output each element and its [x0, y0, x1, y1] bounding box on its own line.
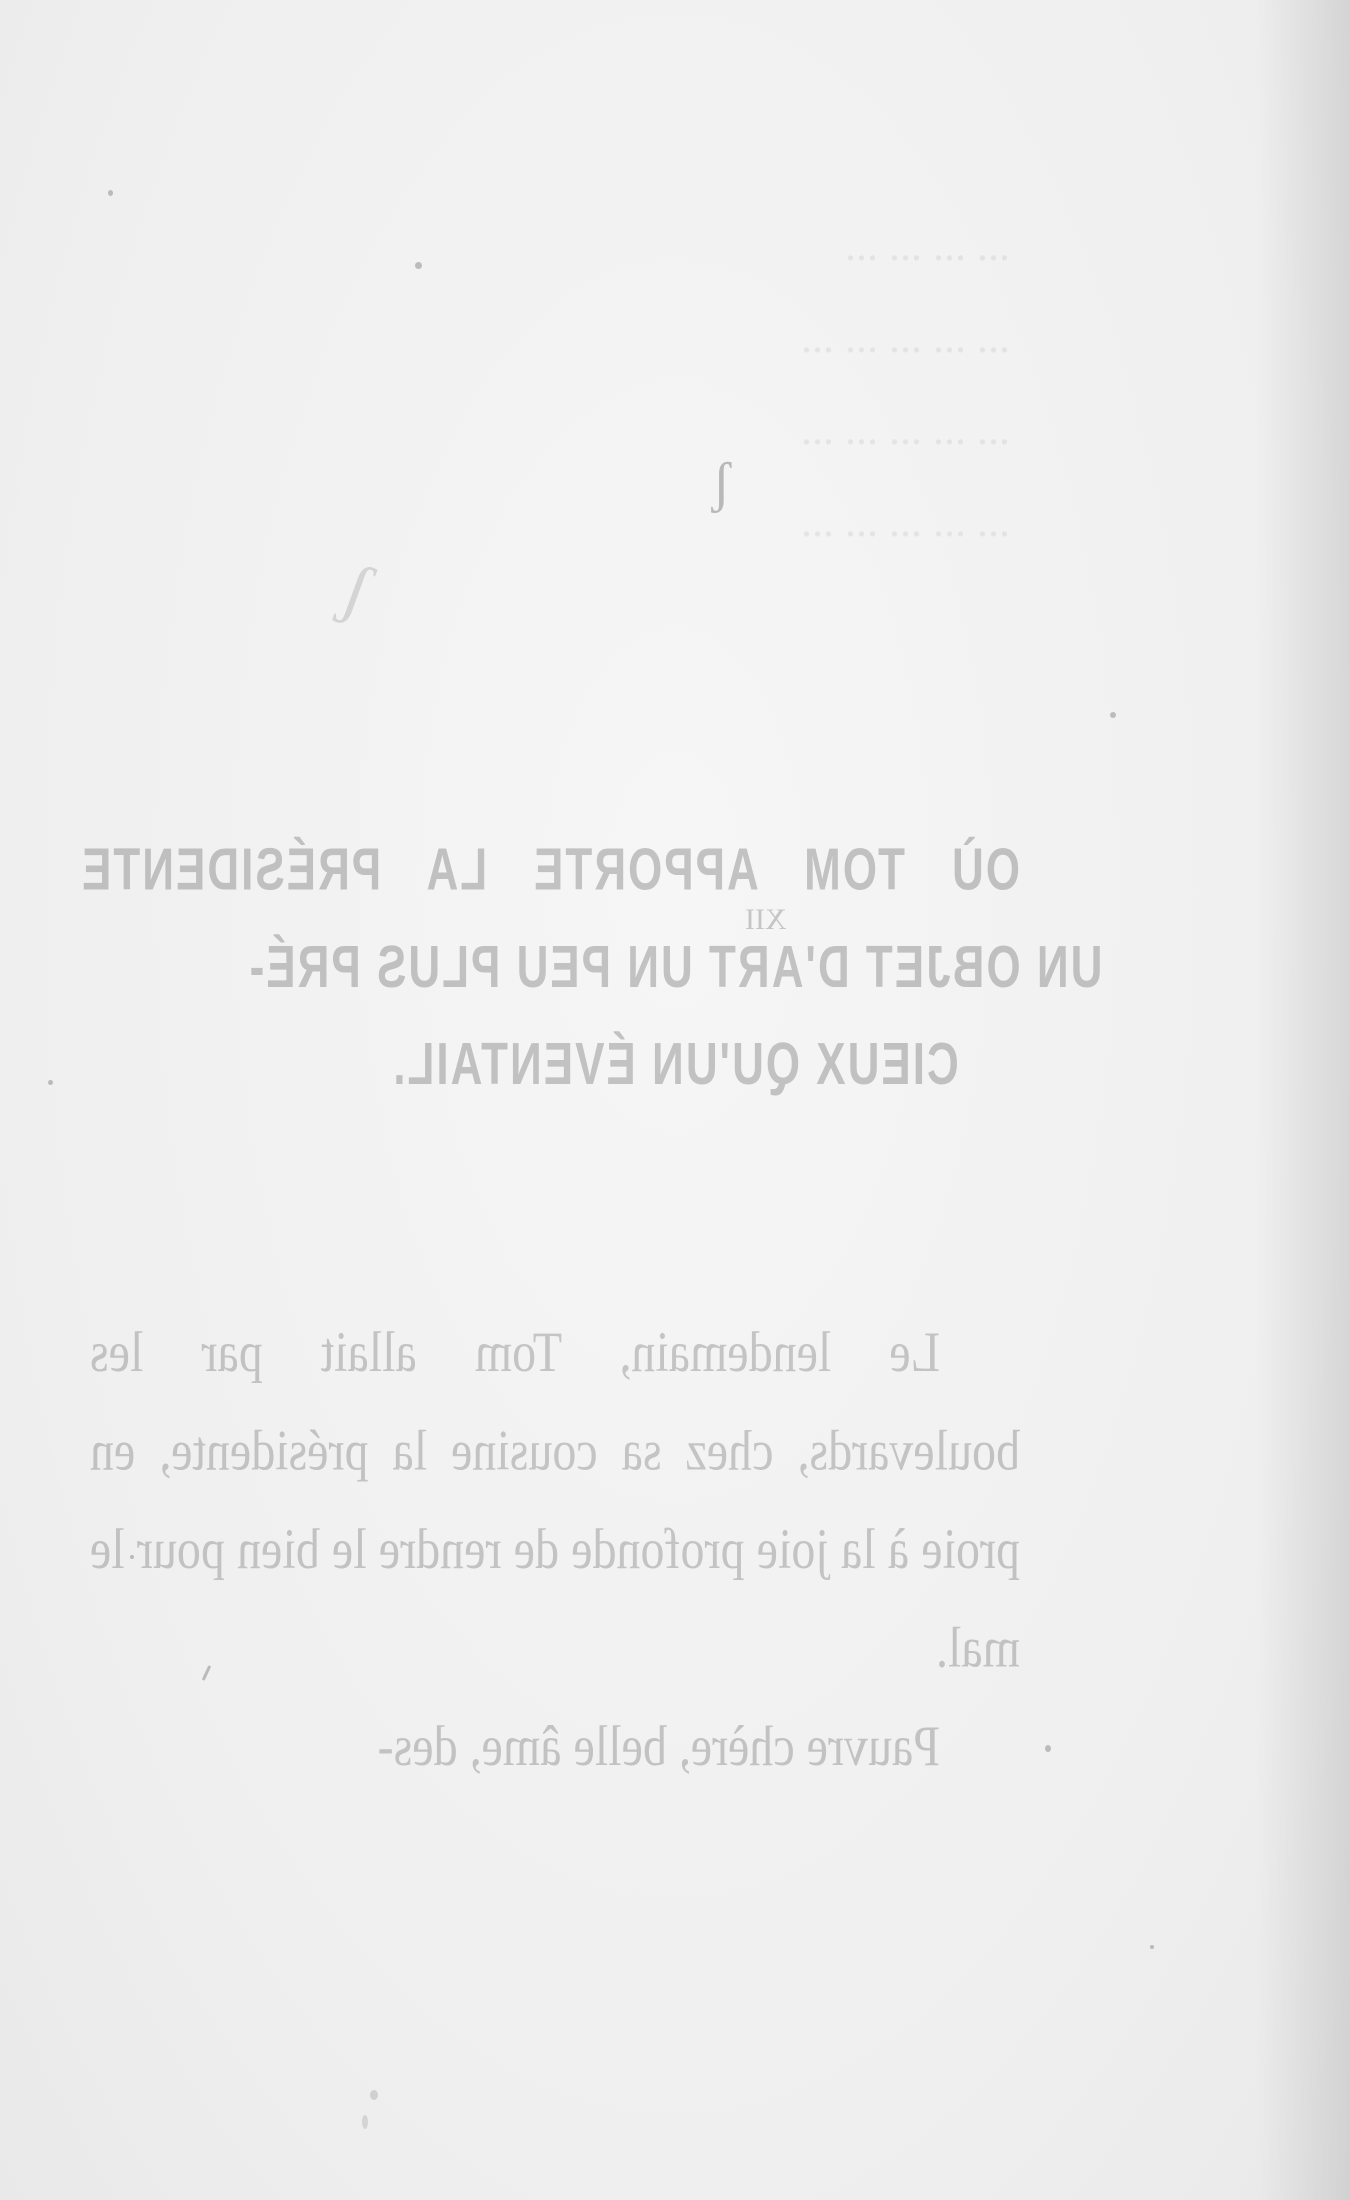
paper-speck — [370, 2090, 378, 2100]
faint-line: ... ... ... ... — [360, 200, 1010, 292]
chapter-number: XII — [745, 905, 787, 935]
paper-speck — [108, 190, 113, 196]
paper-speck — [1110, 712, 1116, 718]
faint-line: ... ... ... ... ... — [360, 292, 1010, 384]
paper-speck — [48, 1080, 53, 1085]
paper-speck — [1045, 1745, 1051, 1752]
paper-speck — [362, 2115, 368, 2129]
stray-fiber-mark: ʃ — [712, 455, 731, 511]
body-paragraph: Le lendemain, Tom allait par les bouleva… — [90, 1304, 1020, 1698]
paper-speck — [1150, 1945, 1154, 1949]
show-through-chapter-heading: OÙ TOM APPORTE LA PRÉSIDENTE UN OBJET D'… — [0, 822, 1350, 1114]
paper-speck — [415, 262, 422, 269]
faint-line: ... ... ... ... ... — [360, 476, 1010, 568]
body-paragraph: Pauvre chère, belle âme, des- — [90, 1698, 1020, 1796]
show-through-upper-paragraph: ... ... ... ... ... ... ... ... ... ... … — [0, 200, 1350, 568]
paper-speck — [130, 1555, 134, 1559]
heading-line: CIEUX QU'UN ÉVENTAIL. — [0, 1017, 1350, 1114]
heading-line: UN OBJET D'ART UN PEU PLUS PRÉ- — [0, 919, 1350, 1016]
show-through-body-text: Le lendemain, Tom allait par les bouleva… — [0, 1304, 1350, 1796]
heading-line: OÙ TOM APPORTE LA PRÉSIDENTE — [0, 822, 1350, 919]
paper-page: ... ... ... ... ... ... ... ... ... ... … — [0, 0, 1350, 2200]
faint-line: ... ... ... ... ... — [360, 384, 1010, 476]
